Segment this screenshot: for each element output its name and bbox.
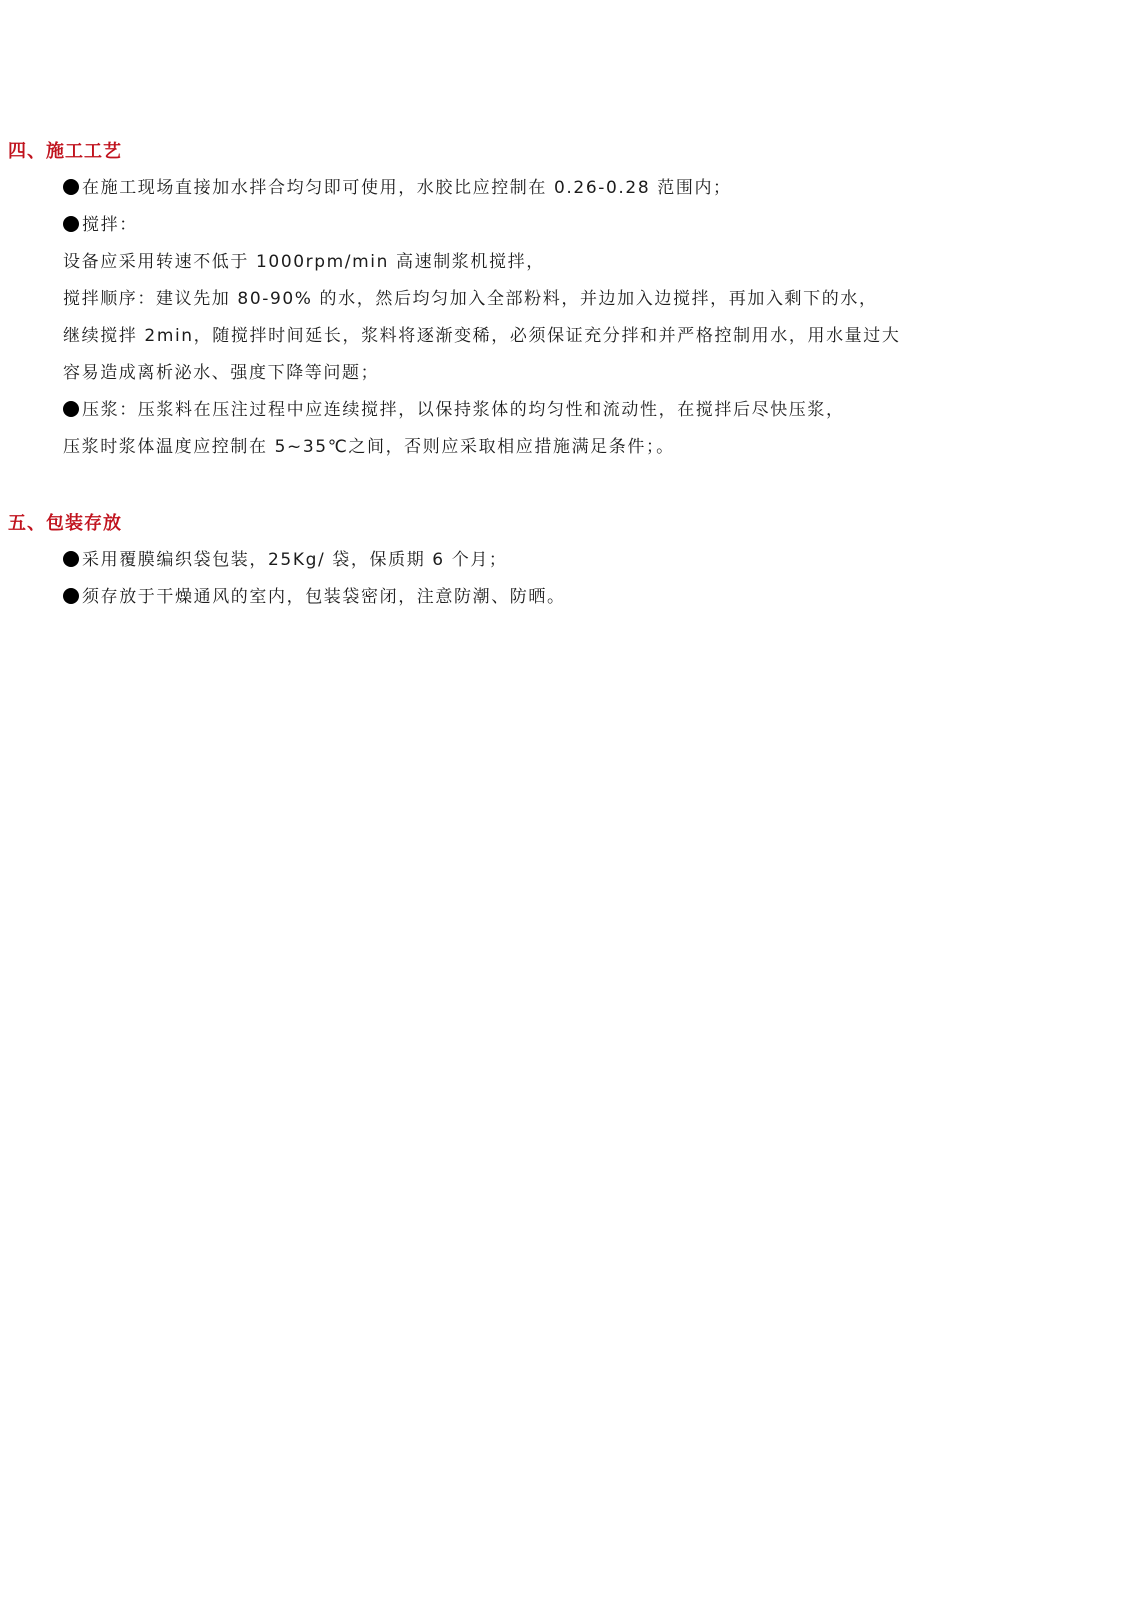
paragraph-line: 压浆：压浆料在压注过程中应连续搅拌，以保持浆体的均匀性和流动性，在搅拌后尽快压浆… (63, 399, 845, 421)
line-text: 设备应采用转速不低于 1000rpm/min 高速制浆机搅拌， (63, 252, 545, 272)
bullet-icon (63, 551, 79, 567)
line-text: 采用覆膜编织袋包装，25Kg/ 袋，保质期 6 个月； (82, 550, 508, 570)
line-text: 在施工现场直接加水拌合均匀即可使用，水胶比应控制在 0.26-0.28 范围内； (82, 178, 732, 198)
paragraph-line: 采用覆膜编织袋包装，25Kg/ 袋，保质期 6 个月； (63, 549, 508, 571)
line-text: 继续搅拌 2min，随搅拌时间延长，浆料将逐渐变稀，必须保证充分拌和并严格控制用… (63, 326, 900, 346)
section-heading-packaging-storage: 五、包装存放 (8, 513, 122, 535)
bullet-icon (63, 179, 79, 195)
line-text: 搅拌顺序：建议先加 80-90% 的水，然后均匀加入全部粉料，并边加入边搅拌，再… (63, 289, 878, 309)
paragraph-line: 须存放于干燥通风的室内，包装袋密闭，注意防潮、防晒。 (63, 586, 566, 608)
bullet-icon (63, 216, 79, 232)
document-page: 四、施工工艺 在施工现场直接加水拌合均匀即可使用，水胶比应控制在 0.26-0.… (0, 0, 1131, 1600)
paragraph-line: 设备应采用转速不低于 1000rpm/min 高速制浆机搅拌， (63, 251, 545, 273)
line-text: 搅拌： (82, 215, 138, 235)
line-text: 容易造成离析泌水、强度下降等问题； (63, 363, 379, 383)
paragraph-line: 容易造成离析泌水、强度下降等问题； (63, 362, 379, 384)
paragraph-line: 搅拌： (63, 214, 138, 236)
line-text: 压浆：压浆料在压注过程中应连续搅拌，以保持浆体的均匀性和流动性，在搅拌后尽快压浆… (82, 400, 845, 420)
paragraph-line: 在施工现场直接加水拌合均匀即可使用，水胶比应控制在 0.26-0.28 范围内； (63, 177, 732, 199)
line-text: 压浆时浆体温度应控制在 5~35℃之间，否则应采取相应措施满足条件；。 (63, 437, 675, 457)
paragraph-line: 继续搅拌 2min，随搅拌时间延长，浆料将逐渐变稀，必须保证充分拌和并严格控制用… (63, 325, 900, 347)
bullet-icon (63, 588, 79, 604)
paragraph-line: 搅拌顺序：建议先加 80-90% 的水，然后均匀加入全部粉料，并边加入边搅拌，再… (63, 288, 878, 310)
section-heading-construction-process: 四、施工工艺 (8, 141, 122, 163)
line-text: 须存放于干燥通风的室内，包装袋密闭，注意防潮、防晒。 (82, 587, 566, 607)
paragraph-line: 压浆时浆体温度应控制在 5~35℃之间，否则应采取相应措施满足条件；。 (63, 436, 675, 458)
bullet-icon (63, 401, 79, 417)
